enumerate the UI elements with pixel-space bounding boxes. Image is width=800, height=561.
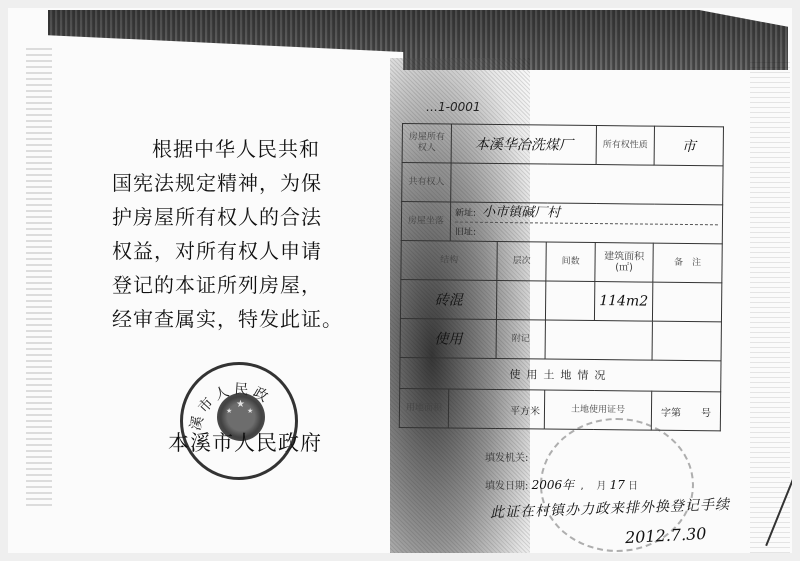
old-address-row: 旧址:: [455, 222, 718, 243]
table-row: 使用 附记: [400, 318, 721, 360]
issue-date-year: 2006年: [532, 478, 575, 492]
new-address-value: 小市镇碱厂村: [482, 204, 560, 220]
issue-date-day-suffix: 日: [628, 481, 638, 492]
location-value: 新址:小市镇碱厂村 旧址:: [450, 202, 722, 244]
table-row: 砖混 114m2: [400, 279, 721, 321]
ownership-nature-value: 市: [654, 126, 723, 166]
appendix-value: [545, 320, 652, 360]
preamble-line: 护房屋所有权人的合法: [112, 200, 372, 234]
table-row: 房屋所有权人 本溪华冶洗煤厂 所有权性质 市: [402, 124, 723, 166]
appendix-label: 附记: [496, 320, 545, 360]
ownership-nature-label: 所有权性质: [596, 126, 654, 166]
table-row: 房屋坐落 新址:小市镇碱厂村 旧址:: [401, 202, 722, 244]
owner-value: 本溪华冶洗煤厂: [451, 124, 596, 165]
preamble-line: 国宪法规定精神，为保: [112, 166, 372, 200]
preamble-line: 根据中华人民共和: [112, 132, 372, 166]
preamble-line: 权益，对所有权人申请: [112, 234, 372, 268]
co-owner-value: [451, 163, 723, 205]
floor-header: 层次: [497, 242, 546, 282]
land-area-unit: 平方米: [448, 389, 544, 429]
structure-value: 砖混: [400, 279, 496, 319]
scan-shadow-right: [750, 58, 790, 553]
land-use-mode-value: 使用: [400, 318, 496, 358]
location-label: 房屋坐落: [401, 202, 450, 242]
official-seal: 溪市人民政 ★ ★ ★: [180, 362, 298, 480]
floor-value: [497, 281, 546, 321]
issuing-authority-label: 填发机关:: [485, 453, 528, 464]
issuer-name: 本溪市人民政府: [168, 427, 322, 457]
new-address-label: 新址:: [455, 208, 476, 218]
certificate-number: …1-0001: [426, 100, 481, 114]
rooms-header: 间数: [546, 242, 595, 282]
co-owner-label: 共有权人: [402, 163, 451, 203]
structure-header: 结构: [401, 240, 497, 280]
remarks-value: [652, 282, 721, 322]
appendix-extra: [652, 321, 721, 361]
land-section-title: 使用土地情况: [400, 357, 721, 391]
certificate-preamble: 根据中华人民共和 国宪法规定精神，为保 护房屋所有权人的合法 权益，对所有权人申…: [112, 132, 372, 336]
land-area-label: 用地面积: [399, 388, 448, 428]
table-row: 使用土地情况: [400, 357, 721, 391]
owner-label: 房屋所有权人: [402, 124, 451, 164]
old-address-label: 旧址:: [455, 227, 476, 237]
land-cert-value: 字第 号: [651, 391, 720, 431]
issuance-footer: 填发机关: 填发日期: 2006年 , 月 17 日: [485, 446, 638, 498]
issuing-authority-row: 填发机关:: [485, 446, 638, 472]
registration-table: 房屋所有权人 本溪华冶洗煤厂 所有权性质 市 共有权人 房屋坐落 新址:小市镇碱…: [399, 123, 724, 431]
issue-date-label: 填发日期:: [485, 481, 528, 492]
rooms-value: [546, 281, 595, 321]
remarks-header: 备 注: [653, 243, 722, 283]
new-address-row: 新址:小市镇碱厂村: [455, 203, 718, 225]
table-row: 共有权人: [402, 163, 723, 205]
area-value: 114m2: [595, 282, 653, 322]
area-header: 建筑面积(㎡): [595, 243, 653, 283]
issue-date-row: 填发日期: 2006年 , 月 17 日: [485, 472, 638, 498]
preamble-line: 登记的本证所列房屋，: [112, 268, 372, 302]
table-row: 用地面积 平方米 土地使用证号 字第 号: [399, 388, 720, 430]
handwritten-date: 2012.7.30: [625, 524, 707, 547]
preamble-line: 经审查属实，特发此证。: [112, 302, 372, 336]
scanned-document-frame: 根据中华人民共和 国宪法规定精神，为保 护房屋所有权人的合法 权益，对所有权人申…: [8, 8, 792, 553]
issue-date-day: 17: [610, 478, 625, 492]
right-page: …1-0001 房屋所有权人 本溪华冶洗煤厂 所有权性质 市 共有权人 房屋坐落…: [390, 58, 790, 553]
left-page: 根据中华人民共和 国宪法规定精神，为保 护房屋所有权人的合法 权益，对所有权人申…: [40, 52, 395, 552]
issue-date-month: 月: [596, 481, 606, 492]
table-row: 结构 层次 间数 建筑面积(㎡) 备 注: [401, 240, 722, 282]
